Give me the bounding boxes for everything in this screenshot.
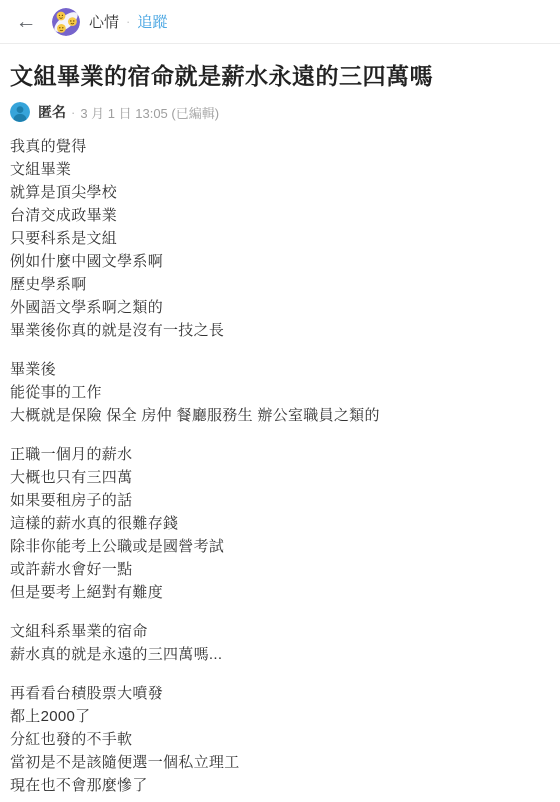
mood-board-avatar-icon <box>52 8 80 36</box>
body-line: 這樣的薪水真的很難存錢 <box>10 512 550 535</box>
body-line: 畢業後你真的就是沒有一技之長 <box>10 319 550 342</box>
post-timestamp: 3 月 1 日 13:05 (已編輯) <box>80 103 219 122</box>
header-separator-dot: · <box>126 14 130 29</box>
paragraph: 我真的覺得文組畢業就算是頂尖學校台清交成政畢業只要科系是文組例如什麼中國文學系啊… <box>10 135 550 342</box>
body-line: 大概也只有三四萬 <box>10 466 550 489</box>
body-line: 除非你能考上公職或是國營考試 <box>10 535 550 558</box>
body-line: 正職一個月的薪水 <box>10 443 550 466</box>
body-line: 但是要考上絕對有難度 <box>10 581 550 604</box>
post-content: 文組畢業的宿命就是薪水永遠的三四萬嗎 匿名 · 3 月 1 日 13:05 (已… <box>0 61 560 797</box>
board-name-link[interactable]: 心情 <box>89 11 119 32</box>
body-line: 再看看台積股票大噴發 <box>10 682 550 705</box>
body-line: 就算是頂尖學校 <box>10 181 550 204</box>
body-line: 如果要租房子的話 <box>10 489 550 512</box>
body-line: 外國語文學系啊之類的 <box>10 296 550 319</box>
back-arrow-icon[interactable]: ← <box>12 8 40 36</box>
top-bar: ← 心情 · 追蹤 <box>0 0 560 44</box>
paragraph: 畢業後能從事的工作大概就是保險 保全 房仲 餐廳服務生 辦公室職員之類的 <box>10 358 550 427</box>
author-row: 匿名 · 3 月 1 日 13:05 (已編輯) <box>10 102 550 122</box>
follow-button[interactable]: 追蹤 <box>137 11 167 32</box>
paragraph: 再看看台積股票大噴發都上2000了分紅也發的不手軟當初是不是該隨便選一個私立理工… <box>10 682 550 797</box>
body-line: 當初是不是該隨便選一個私立理工 <box>10 751 550 774</box>
body-line: 大概就是保險 保全 房仲 餐廳服務生 辦公室職員之類的 <box>10 404 550 427</box>
body-line: 或許薪水會好一點 <box>10 558 550 581</box>
body-line: 歷史學系啊 <box>10 273 550 296</box>
board-avatar[interactable] <box>52 8 80 36</box>
post-body: 我真的覺得文組畢業就算是頂尖學校台清交成政畢業只要科系是文組例如什麼中國文學系啊… <box>10 135 550 797</box>
paragraph: 正職一個月的薪水大概也只有三四萬如果要租房子的話這樣的薪水真的很難存錢除非你能考… <box>10 443 550 604</box>
body-line: 現在也不會那麼慘了 <box>10 774 550 797</box>
body-line: 文組畢業 <box>10 158 550 181</box>
body-line: 只要科系是文組 <box>10 227 550 250</box>
paragraph: 文組科系畢業的宿命薪水真的就是永遠的三四萬嗎... <box>10 620 550 666</box>
body-line: 分紅也發的不手軟 <box>10 728 550 751</box>
meta-separator-dot: · <box>71 105 75 120</box>
body-line: 薪水真的就是永遠的三四萬嗎... <box>10 643 550 666</box>
author-name: 匿名 <box>38 102 66 122</box>
body-line: 能從事的工作 <box>10 381 550 404</box>
anonymous-avatar-icon <box>10 102 30 122</box>
body-line: 都上2000了 <box>10 705 550 728</box>
post-title: 文組畢業的宿命就是薪水永遠的三四萬嗎 <box>10 61 550 91</box>
body-line: 文組科系畢業的宿命 <box>10 620 550 643</box>
body-line: 畢業後 <box>10 358 550 381</box>
body-line: 我真的覺得 <box>10 135 550 158</box>
body-line: 台清交成政畢業 <box>10 204 550 227</box>
body-line: 例如什麼中國文學系啊 <box>10 250 550 273</box>
